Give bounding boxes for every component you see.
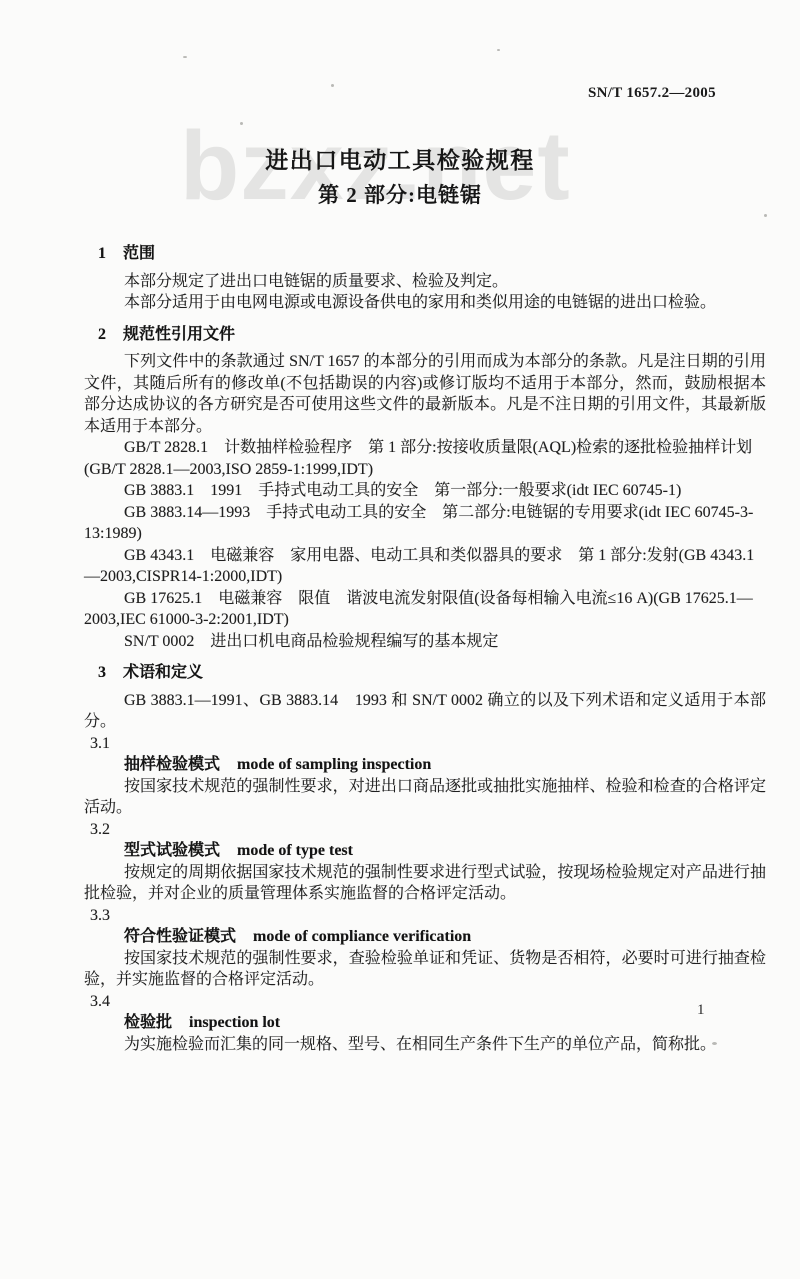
term-name-en: mode of type test [237,842,353,859]
term-heading: 检验批inspection lot [124,1012,766,1034]
term-definition: 为实施检验而汇集的同一规格、型号、在相同生产条件下生产的单位产品，简称批。 [84,1034,766,1056]
term-heading: 抽样检验模式mode of sampling inspection [124,754,766,776]
term-name-en: inspection lot [189,1014,280,1031]
document-body: 1范围 本部分规定了进出口电链锯的质量要求、检验及判定。 本部分适用于由电网电源… [84,243,766,1055]
term-name-zh: 符合性验证模式 [124,928,236,945]
term-number: 3.1 [90,733,766,755]
document-title: 进出口电动工具检验规程 第 2 部分:电链锯 [0,147,800,208]
paragraph: 本部分适用于由电网电源或电源设备供电的家用和类似用途的电链锯的进出口检验。 [84,292,766,314]
paragraph: GB 3883.1—1991、GB 3883.14 1993 和 SN/T 00… [84,690,766,733]
reference-item: GB 17625.1 电磁兼容 限值 谐波电流发射限值(设备每相输入电流≤16 … [84,588,766,631]
term-heading: 符合性验证模式mode of compliance verification [124,926,766,948]
reference-item: GB 3883.14—1993 手持式电动工具的安全 第二部分:电链锯的专用要求… [84,502,766,545]
term-name-en: mode of compliance verification [253,928,471,945]
scan-speck [331,84,334,87]
term-number: 3.3 [90,905,766,927]
term-number: 3.2 [90,819,766,841]
page-number: 1 [697,1002,705,1019]
scan-speck [497,49,500,51]
term-name-zh: 型式试验模式 [124,842,220,859]
section-title: 术语和定义 [123,664,203,681]
section-heading-scope: 1范围 [98,243,766,265]
paragraph: 下列文件中的条款通过 SN/T 1657 的本部分的引用而成为本部分的条款。凡是… [84,351,766,437]
section-number: 3 [98,664,106,681]
term-number: 3.4 [90,991,766,1013]
reference-item: GB 4343.1 电磁兼容 家用电器、电动工具和类似器具的要求 第 1 部分:… [84,545,766,588]
title-line-2: 第 2 部分:电链锯 [0,182,800,208]
term-block: 3.3 符合性验证模式mode of compliance verificati… [84,905,766,991]
reference-item: GB 3883.1 1991 手持式电动工具的安全 第一部分:一般要求(idt … [84,480,766,502]
term-name-zh: 检验批 [124,1014,172,1031]
reference-item: GB/T 2828.1 计数抽样检验程序 第 1 部分:按接收质量限(AQL)检… [84,437,766,480]
scan-speck [183,56,187,58]
term-name-zh: 抽样检验模式 [124,756,220,773]
section-title: 规范性引用文件 [123,326,235,343]
term-definition: 按国家技术规范的强制性要求，查验检验单证和凭证、货物是否相符，必要时可进行抽查检… [84,948,766,991]
standard-code: SN/T 1657.2—2005 [588,85,716,102]
section-title: 范围 [123,245,155,262]
term-block: 3.1 抽样检验模式mode of sampling inspection 按国… [84,733,766,819]
title-line-1: 进出口电动工具检验规程 [0,147,800,175]
section-number: 2 [98,326,106,343]
reference-item: SN/T 0002 进出口机电商品检验规程编写的基本规定 [84,631,766,653]
scan-speck [764,214,767,217]
term-heading: 型式试验模式mode of type test [124,840,766,862]
section-number: 1 [98,245,106,262]
term-definition: 按国家技术规范的强制性要求，对进出口商品逐批或抽批实施抽样、检验和检查的合格评定… [84,776,766,819]
term-block: 3.4 检验批inspection lot 为实施检验而汇集的同一规格、型号、在… [84,991,766,1056]
term-definition: 按规定的周期依据国家技术规范的强制性要求进行型式试验，按现场检验规定对产品进行抽… [84,862,766,905]
section-heading-terms-definitions: 3术语和定义 [98,662,766,684]
term-name-en: mode of sampling inspection [237,756,431,773]
term-block: 3.2 型式试验模式mode of type test 按规定的周期依据国家技术… [84,819,766,905]
section-heading-normative-references: 2规范性引用文件 [98,324,766,346]
paragraph: 本部分规定了进出口电链锯的质量要求、检验及判定。 [84,271,766,293]
